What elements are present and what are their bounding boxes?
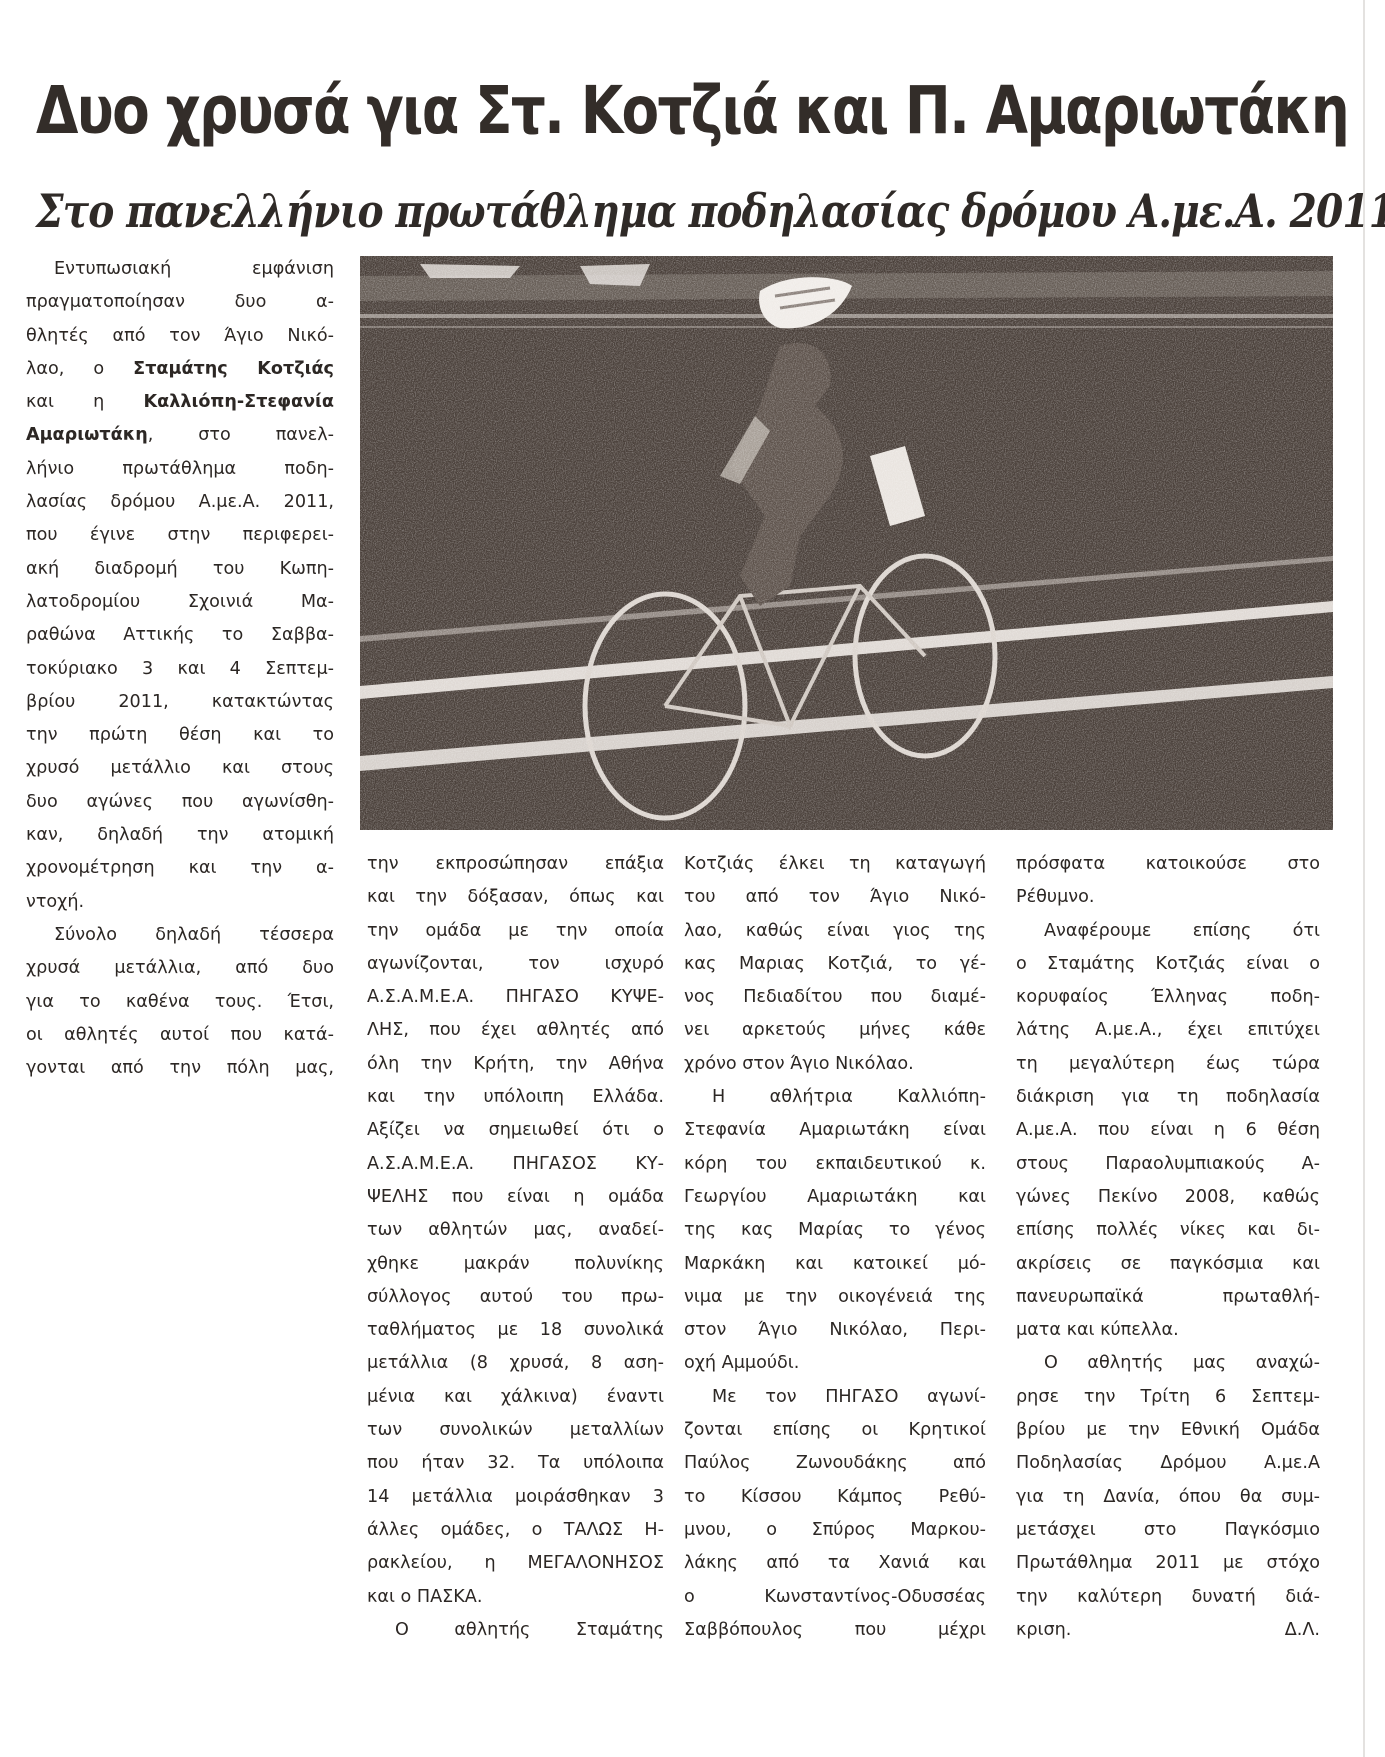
text-line: λαο, καθώς είναι γιος της [684,915,986,948]
text-line: για το καθένα τους. Έτσι, [26,986,334,1019]
headline: Δυο χρυσά για Στ. Κοτζιά και Π. Αμαριωτά… [36,78,1115,144]
text-line: που έγινε στην περιφερει- [26,519,334,552]
text-line: λασίας δρόμου Α.με.Α. 2011, [26,486,334,519]
text-line: την εκπροσώπησαν επάξια [367,848,664,881]
text-line: οι αθλητές αυτοί που κατά- [26,1019,334,1052]
text-line: του από τον Άγιο Νικό- [684,881,986,914]
author-signature: Δ.Λ. [1285,1614,1320,1647]
text-line: ακή διαδρομή του Κωπη- [26,553,334,586]
text-line: πρόσφατα κατοικούσε στο [1016,848,1320,881]
text-line: ταθλήματος με 18 συνολικά [367,1314,664,1347]
article-column-1: Εντυπωσιακή εμφάνιση πραγματοποίησαν δυο… [26,253,334,1085]
text-line: βρίου με την Εθνική Ομάδα [1016,1414,1320,1447]
text-line: κορυφαίος Έλληνας ποδη- [1016,981,1320,1014]
text-line: λαο, ο Σταμάτης Κοτζιάς [26,353,334,386]
text-line: Αμαριωτάκη, στο πανελ- [26,419,334,452]
text-line: Στεφανία Αμαριωτάκη είναι [684,1114,986,1147]
text-line: ρακλείου, η ΜΕΓΑΛΟΝΗΣΟΣ [367,1547,664,1580]
text-line: Ο αθλητής Σταμάτης [367,1614,664,1647]
text-line: Ο αθλητής μας αναχώ- [1016,1347,1320,1380]
text-line: λάκης από τα Χανιά και [684,1547,986,1580]
text-line: χρονομέτρηση και την α- [26,852,334,885]
text-line: Αξίζει να σημειωθεί ότι ο [367,1114,664,1147]
text-line: διάκριση για τη ποδηλασία [1016,1081,1320,1114]
text-line: των συνολικών μεταλλίων [367,1414,664,1447]
text-line: καν, δηλαδή την ατομική [26,819,334,852]
text-line: ντοχή. [26,886,334,919]
text-line: γονται από την πόλη μας, [26,1052,334,1085]
text-line: για τη Δανία, όπου θα συμ- [1016,1481,1320,1514]
text-line: οχή Αμμούδι. [684,1347,986,1380]
text-line: σύλλογος αυτού του πρω- [367,1281,664,1314]
text-line: Σύνολο δηλαδή τέσσερα [26,919,334,952]
text-line: ο Κωνσταντίνος-Οδυσσέας [684,1581,986,1614]
text-line: την καλύτερη δυνατή διά- [1016,1581,1320,1614]
cyclist-photo-icon [360,256,1333,830]
text-line: Α.Σ.Α.Μ.Ε.Α. ΠΗΓΑΣΟ ΚΥΨΕ- [367,981,664,1014]
text-line: Παύλος Ζωνουδάκης από [684,1447,986,1480]
text-line: κόρη του εκπαιδευτικού κ. [684,1148,986,1181]
text-line: θλητές από τον Άγιο Νικό- [26,320,334,353]
text-line: ΨΕΛΗΣ που είναι η ομάδα [367,1181,664,1214]
text-line: χρυσό μετάλλιο και στους [26,752,334,785]
text-line: πανευρωπαϊκά πρωταθλή- [1016,1281,1320,1314]
text-line: μετάλλια (8 χρυσά, 8 αση- [367,1347,664,1380]
text-line: Κοτζιάς έλκει τη καταγωγή [684,848,986,881]
text-line: την πρώτη θέση και το [26,719,334,752]
text-line: όλη την Κρήτη, την Αθήνα [367,1048,664,1081]
text-line: ματα και κύπελλα. [1016,1314,1320,1347]
text-line: της κας Μαρίας το γένος [684,1214,986,1247]
text-line: χθηκε μακράν πολυνίκης [367,1248,664,1281]
text-line: νος Πεδιαδίτου που διαμέ- [684,981,986,1014]
text-line: γώνες Πεκίνο 2008, καθώς [1016,1181,1320,1214]
text-line: χρυσά μετάλλια, από δυο [26,952,334,985]
text-line: και την υπόλοιπη Ελλάδα. [367,1081,664,1114]
text-line: άλλες ομάδες, ο ΤΑΛΩΣ Η- [367,1514,664,1547]
text-line: και ο ΠΑΣΚΑ. [367,1581,664,1614]
text-line: Ρέθυμνο. [1016,881,1320,914]
text-line: νιμα με την οικογένειά της [684,1281,986,1314]
text-line: ΛΗΣ, που έχει αθλητές από [367,1014,664,1047]
cyclist-photo [360,256,1333,830]
text-line: λάτης Α.με.Α., έχει επιτύχει [1016,1014,1320,1047]
text-line: νει αρκετούς μήνες κάθε [684,1014,986,1047]
text-line: στον Άγιο Νικόλαο, Περι- [684,1314,986,1347]
text-line: τοκύριακο 3 και 4 Σεπτεμ- [26,653,334,686]
text-line: ο Σταμάτης Κοτζιάς είναι ο [1016,948,1320,981]
text-line: Σαββόπουλος που μέχρι [684,1614,986,1647]
bold-name: Καλλιόπη-Στεφανία [144,392,335,412]
text-line: και η Καλλιόπη-Στεφανία [26,386,334,419]
text-line: Εντυπωσιακή εμφάνιση [26,253,334,286]
text-line: των αθλητών μας, αναδεί- [367,1214,664,1247]
text-line: ακρίσεις σε παγκόσμια και [1016,1248,1320,1281]
text-line: κας Μαριας Κοτζιά, το γέ- [684,948,986,981]
text-line: λατοδρομίου Σχοινιά Μα- [26,586,334,619]
article-column-3: Κοτζιάς έλκει τη καταγωγή του από τον Άγ… [684,848,986,1647]
text-line: Πρωτάθλημα 2011 με στόχο [1016,1547,1320,1580]
text-line: ρησε την Τρίτη 6 Σεπτεμ- [1016,1381,1320,1414]
text-line: μετάσχει στο Παγκόσμιο [1016,1514,1320,1547]
text-line: Γεωργίου Αμαριωτάκη και [684,1181,986,1214]
bold-name: Σταμάτης Κοτζιάς [133,359,334,379]
text-line: δυο αγώνες που αγωνίσθη- [26,786,334,819]
text-line: Αναφέρουμε επίσης ότι [1016,915,1320,948]
text-line: ζονται επίσης οι Κρητικοί [684,1414,986,1447]
text-line: Α.Σ.Α.Μ.Ε.Α. ΠΗΓΑΣΟΣ ΚΥ- [367,1148,664,1181]
text-line: αγωνίζονται, τον ισχυρό [367,948,664,981]
text-line: 14 μετάλλια μοιράσθηκαν 3 [367,1481,664,1514]
text-line: στους Παραολυμπιακούς Α- [1016,1148,1320,1181]
text-line: το Κίσσου Κάμπος Ρεθύ- [684,1481,986,1514]
text-line: κριση.Δ.Λ. [1016,1614,1320,1647]
text-line: βρίου 2011, κατακτώντας [26,686,334,719]
final-line-text: κριση. [1016,1620,1071,1640]
subheadline: Στο πανελλήνιο πρωτάθλημα ποδηλασίας δρό… [36,188,1141,234]
text-line: και την δόξασαν, όπως και [367,881,664,914]
text-line: Η αθλήτρια Καλλιόπη- [684,1081,986,1114]
text-line: χρόνο στον Άγιο Νικόλαο. [684,1048,986,1081]
text-line: λήνιο πρωτάθλημα ποδη- [26,453,334,486]
text-line: τη μεγαλύτερη έως τώρα [1016,1048,1320,1081]
article-column-2: την εκπροσώπησαν επάξια και την δόξασαν,… [367,848,664,1647]
bold-name: Αμαριωτάκη [26,425,148,445]
text-line: ραθώνα Αττικής το Σαββα- [26,619,334,652]
text-line: μνου, ο Σπύρος Μαρκου- [684,1514,986,1547]
article-column-4: πρόσφατα κατοικούσε στο Ρέθυμνο. Αναφέρο… [1016,848,1320,1647]
text-line: την ομάδα με την οποία [367,915,664,948]
text-line: επίσης πολλές νίκες και δι- [1016,1214,1320,1247]
text-line: πραγματοποίησαν δυο α- [26,286,334,319]
text-line: Με τον ΠΗΓΑΣΟ αγωνί- [684,1381,986,1414]
scan-edge-line [1363,0,1365,1757]
text-line: μένια και χάλκινα) έναντι [367,1381,664,1414]
text-line: Μαρκάκη και κατοικεί μό- [684,1248,986,1281]
text-line: Α.με.Α. που είναι η 6 θέση [1016,1114,1320,1147]
text-line: που ήταν 32. Τα υπόλοιπα [367,1447,664,1480]
text-line: Ποδηλασίας Δρόμου Α.με.Α [1016,1447,1320,1480]
